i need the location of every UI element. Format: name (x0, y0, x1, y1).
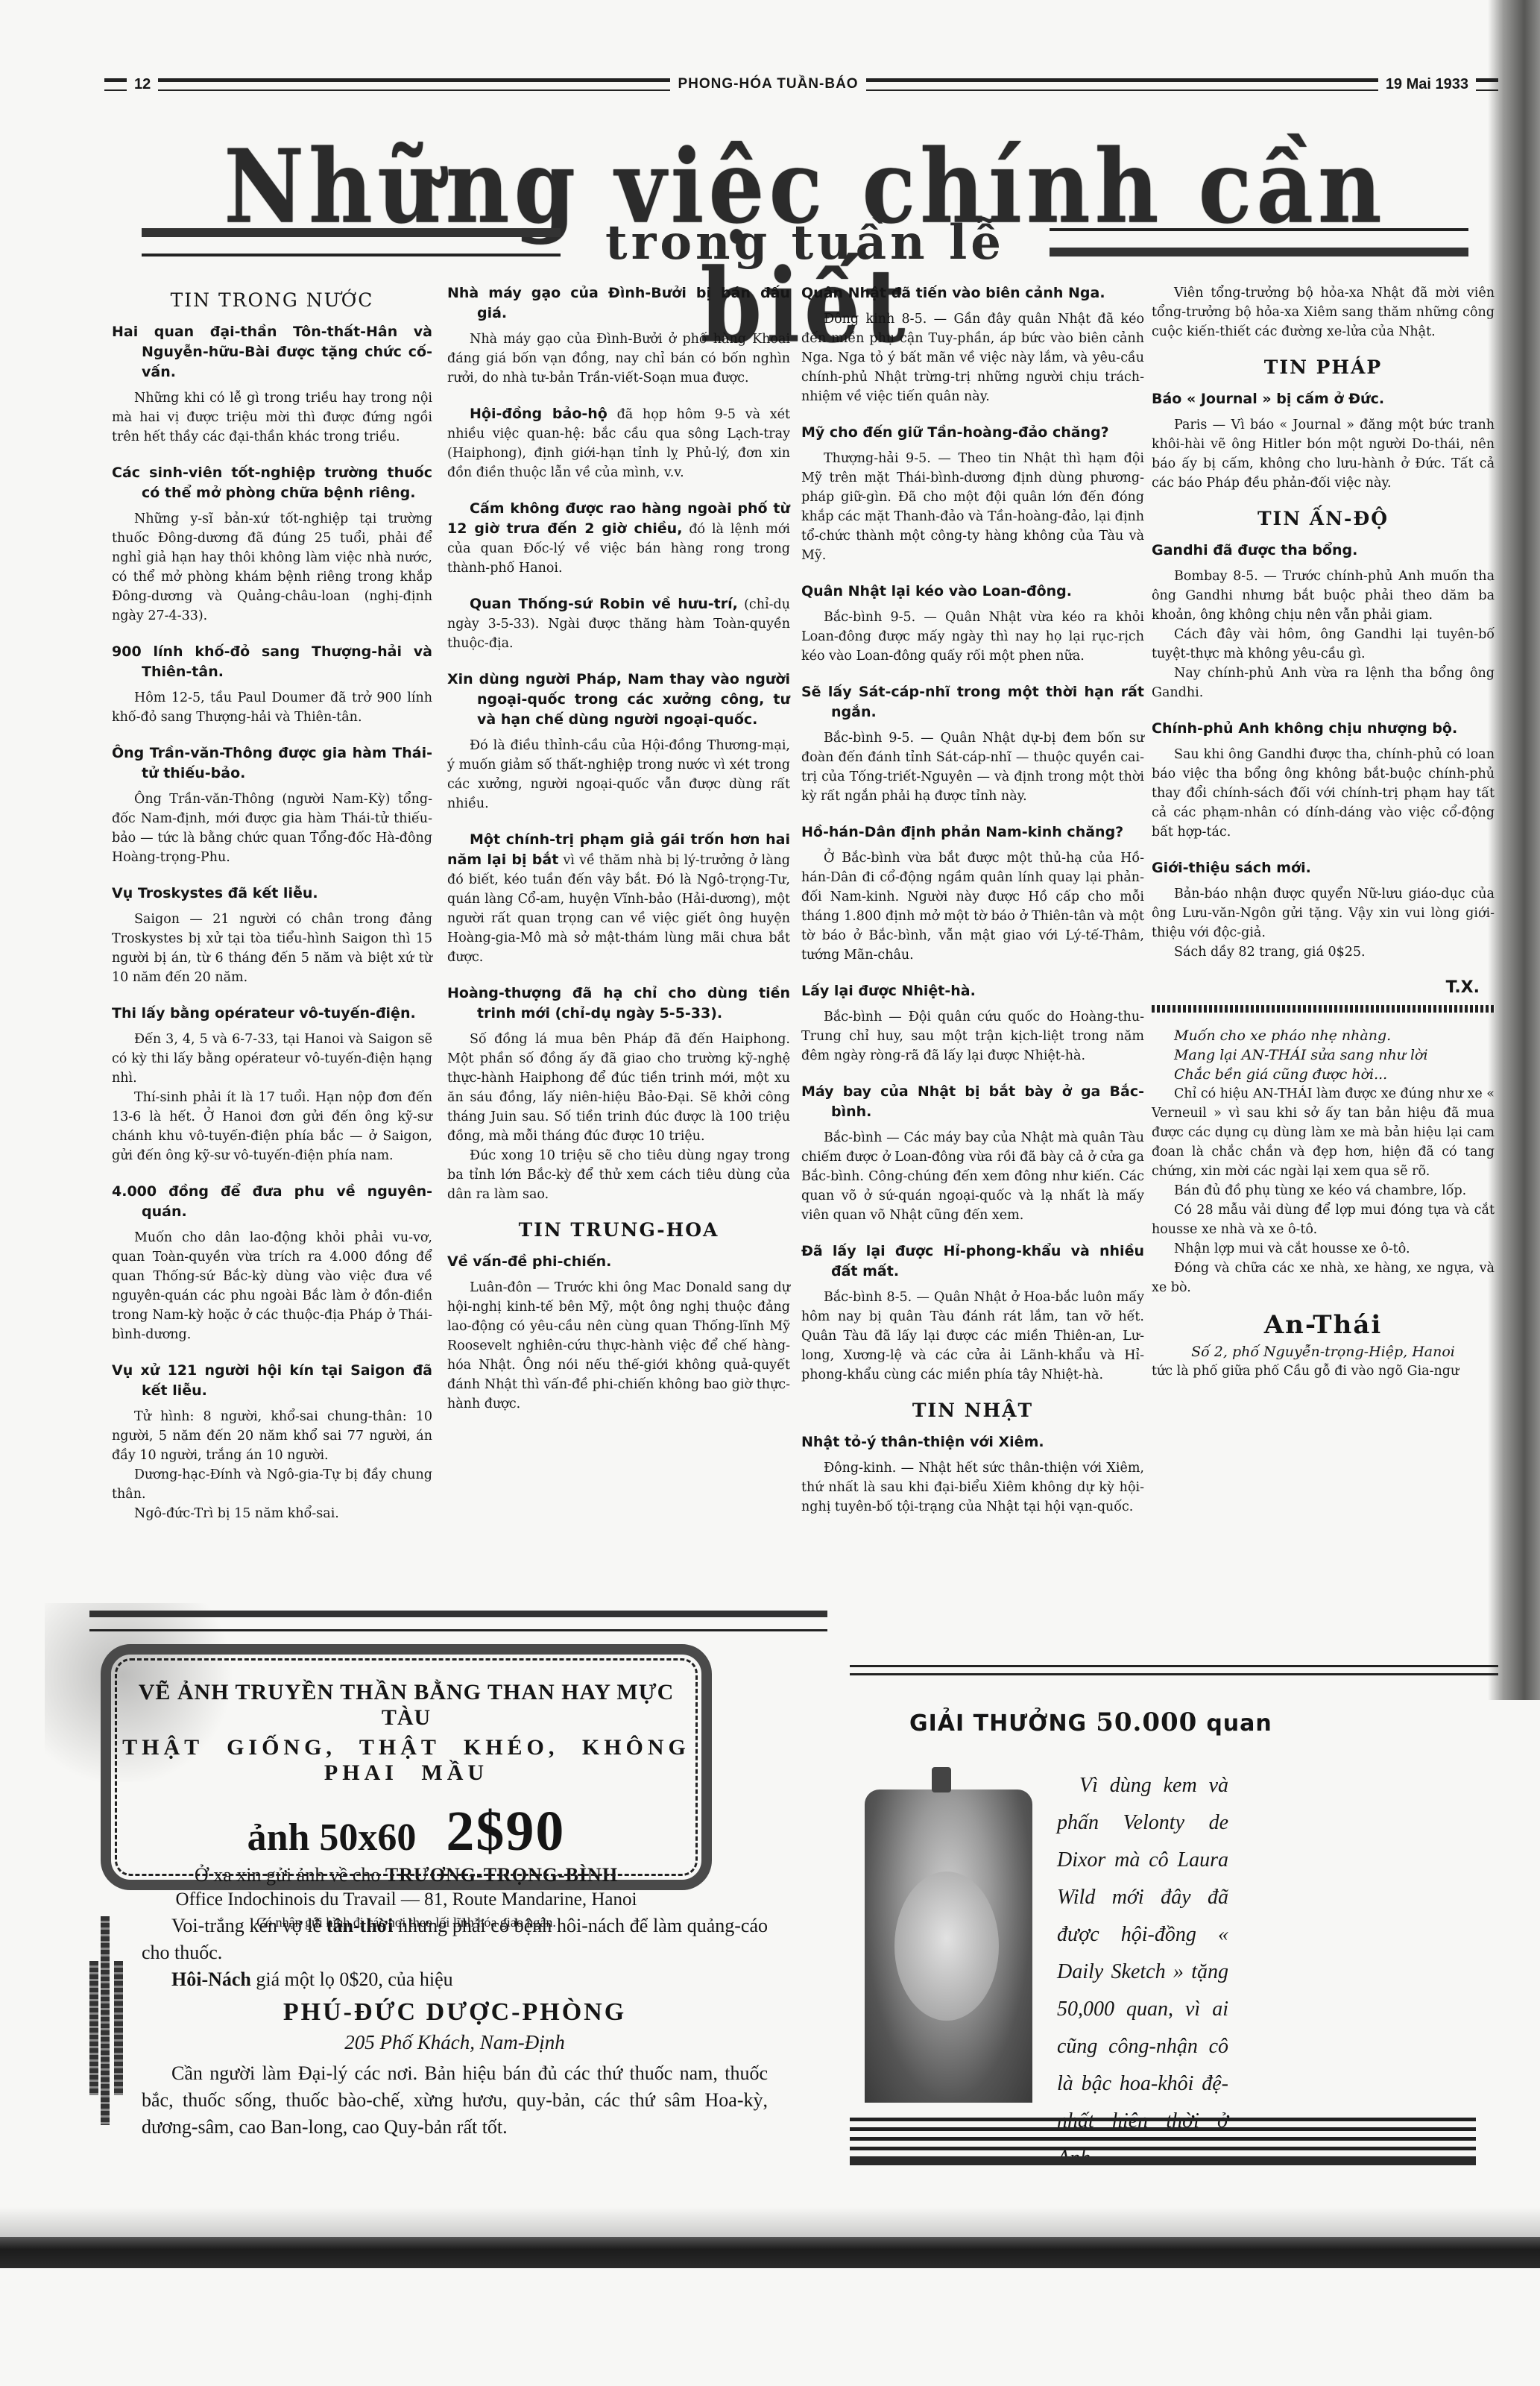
ad-line: Office Indochinois du Travail — 81, Rout… (111, 1889, 701, 1910)
article-headline: Hồ-hán-Dân định phản Nam-kinh chăng? (801, 822, 1144, 843)
article-headline: Vụ Troskystes đã kết liễu. (112, 884, 432, 904)
column-china: Quân Nhật đã tiến vào biên cảnh Nga.Đông… (801, 283, 1144, 1533)
subtitle-row: trong tuần lễ (142, 216, 1468, 268)
article-headline: Giới-thiệu sách mới. (1152, 858, 1495, 878)
article-body: Bắc-bình 9-5. — Quân Nhật vừa kéo ra khỏ… (801, 608, 1144, 666)
rule (866, 78, 1378, 91)
article-headline: Vụ xử 121 người hội kín tại Saigon đã kế… (112, 1361, 432, 1401)
article-body: Bombay 8-5. — Trước chính-phủ Anh muốn t… (1152, 567, 1495, 625)
poem-line: Chắc bền giá cũng được hời... (1174, 1065, 1495, 1084)
ad-title-text: GIẢI THƯỞNG (909, 1710, 1087, 1737)
article: Đã lấy lại được Hỉ-phong-khẩu và nhiều đ… (801, 1241, 1144, 1385)
ad-paragraph: Cần người làm Đại-lý các nơi. Bản hiệu b… (142, 2060, 768, 2141)
article-body: Đúc xong 10 triệu sẽ cho tiêu dùng ngay … (447, 1146, 790, 1204)
ad-text-bold: tân-thời (326, 1915, 394, 1936)
article-headline: Hoàng-thượng đã hạ chỉ cho dùng tiền tri… (447, 983, 790, 1024)
ad-paragraph: Đóng và chữa các xe nhà, xe hàng, xe ngự… (1152, 1259, 1495, 1297)
ad-title-text: quan (1206, 1710, 1272, 1737)
ad-paragraph: Bán đủ đồ phụ tùng xe kéo vá chambre, lố… (1152, 1181, 1495, 1200)
product-name: Hôi-Nách (171, 1968, 251, 1990)
article: Các sinh-viên tốt-nghiệp trường thuốc có… (112, 463, 432, 626)
article: Giới-thiệu sách mới.Bản-báo nhận được qu… (1152, 858, 1495, 962)
section-heading: TIN ẤN-ĐỘ (1152, 509, 1495, 529)
ad-address: Số 2, phố Nguyễn-trọng-Hiệp, Hanoi (1152, 1342, 1495, 1362)
section-divider (89, 1611, 827, 1631)
article-headline: Về vấn-đề phi-chiến. (447, 1252, 790, 1272)
article-continued: Viên tổng-trưởng bộ hỏa-xa Nhật đã mời v… (1152, 283, 1495, 341)
article-body: Thượng-hải 9-5. — Theo tin Nhật thì hạm … (801, 449, 1144, 565)
ad-paragraph: Chỉ có hiệu AN-THÁI làm được xe đúng như… (1152, 1084, 1495, 1181)
article: Gandhi đã được tha bổng.Bombay 8-5. — Tr… (1152, 541, 1495, 702)
ad-body: Vì dùng kem và phấn Velonty de Dixor mà … (1057, 1767, 1228, 2177)
article-headline: Mỹ cho đến giữ Tần-hoàng-đảo chăng? (801, 423, 1144, 443)
rule (1050, 228, 1468, 256)
article-headline: Quân Nhật đã tiến vào biên cảnh Nga. (801, 283, 1144, 303)
ad-address: 205 Phố Khách, Nam-Định (142, 2029, 768, 2056)
article-body: Đông-kinh. — Nhật hết sức thân-thiện với… (801, 1458, 1144, 1517)
ad-paragraph: Nhận lợp mui và cắt housse xe ô-tô. (1152, 1239, 1495, 1259)
rule (1476, 78, 1498, 91)
article: Xin dùng người Pháp, Nam thay vào người … (447, 670, 790, 813)
article-body: Bắc-bình 8-5. — Quân Nhật ở Hoa-bắc luôn… (801, 1288, 1144, 1385)
ad-paragraph: Hôi-Nách giá một lọ 0$20, của hiệu (142, 1966, 768, 1993)
article-body: Bản-báo nhận được quyển Nữ-lưu giáo-dục … (1152, 884, 1495, 942)
article-headline: Sẽ lấy Sát-cáp-nhĩ trong một thời hạn rấ… (801, 682, 1144, 723)
ad-prize-amount: 50.000 (1096, 1707, 1197, 1737)
poem-line: Mang lại AN-THÁI sửa sang như lời (1174, 1045, 1495, 1065)
article-lead: Hội-đồng bảo-hộ (470, 406, 608, 422)
woman-face-image (894, 1872, 999, 2021)
ad-line: Ở xa xin gửi ảnh về cho TRƯƠNG-TRỌNG-BÌN… (111, 1864, 701, 1886)
ad-price: 2$90 (446, 1800, 565, 1863)
page-subtitle: trong tuần lễ (605, 215, 1005, 271)
article-headline: Quân Nhật lại kéo vào Loan-đông. (801, 582, 1144, 602)
article-body: Viên tổng-trưởng bộ hỏa-xa Nhật đã mời v… (1152, 283, 1495, 341)
article: Quân Nhật lại kéo vào Loan-đông.Bắc-bình… (801, 582, 1144, 666)
ad-price-row: ảnh 50x602$90 (111, 1799, 701, 1864)
rule (158, 78, 670, 91)
article: Hai quan đại-thần Tôn-thất-Hân và Nguyễn… (112, 322, 432, 447)
article-body: Ông Trần-văn-Thông (người Nam-Kỳ) tổng-đ… (112, 790, 432, 867)
scan-page-edge (1488, 0, 1540, 1700)
column-domestic: TIN TRONG NƯỚC Hai quan đại-thần Tôn-thấ… (112, 283, 432, 1540)
article-body: Cách đây vài hôm, ông Gandhi lại tuyên-b… (1152, 625, 1495, 664)
ad-line: THẬT GIỐNG, THẬT KHÉO, KHÔNG PHAI MẦU (111, 1735, 701, 1786)
article-body: Ngô-đức-Trì bị 15 năm khổ-sai. (112, 1504, 432, 1523)
ad-text: giá một lọ 0$20, của hiệu (251, 1968, 453, 1990)
article-headline: Lấy lại được Nhiệt-hà. (801, 981, 1144, 1001)
decorative-rules (850, 2118, 1476, 2171)
article-headline: Hai quan đại-thần Tôn-thất-Hân và Nguyễn… (112, 322, 432, 383)
frame-ornament-icon (932, 1767, 951, 1792)
issue-date: 19 Mai 1933 (1386, 76, 1468, 93)
ad-size: ảnh 50x60 (247, 1816, 417, 1859)
page-number: 12 (134, 76, 151, 93)
ad-brand: PHÚ-ĐỨC DƯỢC-PHÒNG (142, 1999, 768, 2026)
article-body: Nhà máy gạo của Đình-Bưởi ở phố hàng Kho… (447, 330, 790, 388)
article: Hoàng-thượng đã hạ chỉ cho dùng tiền tri… (447, 983, 790, 1204)
ad-border (114, 1961, 123, 2095)
publication-name: PHONG-HÓA TUẦN-BÁO (678, 76, 858, 92)
article-body: Bắc-bình — Các máy bay của Nhật mà quân … (801, 1128, 1144, 1225)
ad-portrait-drawing: VẼ ẢNH TRUYỀN THẦN BẰNG THAN HAY MỰC TÀU… (101, 1644, 712, 1890)
article: Thi lấy bằng opérateur vô-tuyến-điện.Đến… (112, 1004, 432, 1165)
article: Vụ Troskystes đã kết liễu.Saigon — 21 ng… (112, 884, 432, 987)
article: Lấy lại được Nhiệt-hà.Bắc-bình — Đội quâ… (801, 981, 1144, 1065)
rule (104, 78, 127, 91)
article: 4.000 đồng để đưa phu về nguyên-quán.Muố… (112, 1182, 432, 1344)
article-body: Đông kinh 8-5. — Gần đây quân Nhật đã ké… (801, 309, 1144, 406)
article: Nhà máy gạo của Đình-Bưởi bị bán đấu giá… (447, 283, 790, 388)
ad-pharmacy: Voi-trắng kén vợ lễ tân-thời nhưng phải … (142, 1913, 768, 2141)
article-body: Những khi có lễ gì trong triều hay trong… (112, 388, 432, 447)
article: Hồ-hán-Dân định phản Nam-kinh chăng?Ở Bắ… (801, 822, 1144, 965)
article-headline: Đã lấy lại được Hỉ-phong-khẩu và nhiều đ… (801, 1241, 1144, 1282)
ad-address-detail: tức là phố giữa phố Cầu gỗ đi vào ngõ Gi… (1152, 1362, 1495, 1381)
ad-text: Ở xa xin gửi ảnh về cho (195, 1864, 380, 1886)
ad-text: Voi-trắng kén vợ lễ (171, 1915, 326, 1936)
article-body: Thí-sinh phải ít là 17 tuổi. Hạn nộp đơn… (112, 1088, 432, 1165)
article: Hội-đồng bảo-hộ đã họp hôm 9-5 và xét nh… (447, 404, 790, 482)
article-body: Muốn cho dân lao-động khỏi phải vu-vơ, q… (112, 1228, 432, 1344)
article: Báo « Journal » bị cấm ở Đức.Paris — Vì … (1152, 389, 1495, 493)
author-signature: T.X. (1152, 978, 1480, 998)
column-domestic-cont: Nhà máy gạo của Đình-Bưởi bị bán đấu giá… (447, 283, 790, 1430)
article-body: Dương-hạc-Đính và Ngô-gia-Tự bị đầy chun… (112, 1465, 432, 1504)
article-headline: Gandhi đã được tha bổng. (1152, 541, 1495, 561)
ad-paragraph: Có 28 mẫu vải dùng để lợp mui đóng tựa v… (1152, 1200, 1495, 1239)
article-body: Nay chính-phủ Anh vừa ra lệnh tha bổng ô… (1152, 664, 1495, 702)
article-lead: Quan Thống-sứ Robin về hưu-trí, (470, 596, 738, 612)
article: Nhật tỏ-ý thân-thiện với Xiêm.Đông-kinh.… (801, 1432, 1144, 1517)
article: Chính-phủ Anh không chịu nhượng bộ.Sau k… (1152, 719, 1495, 842)
article-headline: Thi lấy bằng opérateur vô-tuyến-điện. (112, 1004, 432, 1024)
ad-border (101, 1916, 110, 2125)
ad-line: VẼ ẢNH TRUYỀN THẦN BẰNG THAN HAY MỰC TÀU (111, 1680, 701, 1731)
article-headline: Chính-phủ Anh không chịu nhượng bộ. (1152, 719, 1495, 739)
ad-title: GIẢI THƯỞNG50.000quan (909, 1707, 1272, 1737)
article-headline: Nhà máy gạo của Đình-Bưởi bị bán đấu giá… (447, 283, 790, 324)
article-body: Saigon — 21 người có chân trong đảng Tro… (112, 910, 432, 987)
ad-poem: Muốn cho xe pháo nhẹ nhàng. Mang lại AN-… (1152, 1026, 1495, 1084)
ad-beauty-prize: GIẢI THƯỞNG50.000quan Vì dùng kem và phấ… (865, 1685, 1506, 2103)
article-body: Đến 3, 4, 5 và 6-7-33, tại Hanoi và Saig… (112, 1030, 432, 1088)
article-headline: Báo « Journal » bị cấm ở Đức. (1152, 389, 1495, 409)
rule (142, 228, 561, 256)
article: Quan Thống-sứ Robin về hưu-trí, (chỉ-dụ … (447, 594, 790, 653)
running-head: 12 PHONG-HÓA TUẦN-BÁO 19 Mai 1933 (97, 75, 1506, 94)
article-body: Sách dầy 82 trang, giá 0$25. (1152, 942, 1495, 962)
article: Máy bay của Nhật bị bắt bày ở ga Bắc-bìn… (801, 1082, 1144, 1225)
article: Vụ xử 121 người hội kín tại Saigon đã kế… (112, 1361, 432, 1523)
article: 900 lính khố-đỏ sang Thượng-hải và Thiên… (112, 642, 432, 727)
article-body: Những y-sĩ bản-xứ tốt-nghiệp tại trường … (112, 509, 432, 626)
article-headline: Ông Trần-văn-Thông được gia hàm Thái-tử … (112, 743, 432, 784)
article-body: Bắc-bình 9-5. — Quân Nhật dự-bị đem bốn … (801, 728, 1144, 806)
section-heading: TIN TRONG NƯỚC (112, 291, 432, 310)
section-heading: TIN PHÁP (1152, 358, 1495, 377)
article-headline: Các sinh-viên tốt-nghiệp trường thuốc có… (112, 463, 432, 503)
ad-paragraph: Voi-trắng kén vợ lễ tân-thời nhưng phải … (142, 1913, 768, 1966)
ad-border (89, 1961, 98, 2095)
article-headline: Máy bay của Nhật bị bắt bày ở ga Bắc-bìn… (801, 1082, 1144, 1122)
article: Mỹ cho đến giữ Tần-hoàng-đảo chăng?Thượn… (801, 423, 1144, 565)
article-headline: Nhật tỏ-ý thân-thiện với Xiêm. (801, 1432, 1144, 1452)
ad-contact-name: TRƯƠNG-TRỌNG-BÌNH (385, 1864, 618, 1886)
article: Về vấn-đề phi-chiến.Luân-đôn — Trước khi… (447, 1252, 790, 1414)
portrait-photo (865, 1789, 1032, 2103)
article-body: Ở Bắc-bình vừa bắt được một thủ-hạ của H… (801, 849, 1144, 965)
article-body: vì về thăm nhà bị lý-trưởng ở làng đó bi… (447, 853, 790, 965)
ad-brand: An-Thái (1152, 1315, 1495, 1335)
ad-an-thai: Muốn cho xe pháo nhẹ nhàng. Mang lại AN-… (1152, 1026, 1495, 1381)
article-body: Số đồng lá mua bên Pháp đã đến Haiphong.… (447, 1030, 790, 1146)
article-body: Paris — Vì báo « Journal » đăng một bức … (1152, 415, 1495, 493)
article-headline: Xin dùng người Pháp, Nam thay vào người … (447, 670, 790, 730)
article: Quân Nhật đã tiến vào biên cảnh Nga.Đông… (801, 283, 1144, 406)
section-heading: TIN TRUNG-HOA (447, 1221, 790, 1240)
scan-bottom-edge (0, 2237, 1540, 2268)
dotted-rule (1152, 1005, 1495, 1013)
article-headline: 900 lính khố-đỏ sang Thượng-hải và Thiên… (112, 642, 432, 682)
article: Ông Trần-văn-Thông được gia hàm Thái-tử … (112, 743, 432, 867)
article: Cấm không được rao hàng ngoài phố từ 12 … (447, 499, 790, 578)
article-body: Luân-đôn — Trước khi ông Mac Donald sang… (447, 1278, 790, 1414)
article-body: Sau khi ông Gandhi được tha, chính-phủ c… (1152, 745, 1495, 842)
column-foreign: Viên tổng-trưởng bộ hỏa-xa Nhật đã mời v… (1152, 283, 1495, 1381)
article-body: Bắc-bình — Đội quân cứu quốc do Hoàng-th… (801, 1007, 1144, 1065)
section-heading: TIN NHẬT (801, 1401, 1144, 1420)
article: Một chính-trị phạm giả gái trốn hơn hai … (447, 830, 790, 967)
article: Sẽ lấy Sát-cáp-nhĩ trong một thời hạn rấ… (801, 682, 1144, 806)
poem-line: Muốn cho xe pháo nhẹ nhàng. (1174, 1026, 1495, 1045)
article-body: Hôm 12-5, tầu Paul Doumer đã trở 900 lín… (112, 688, 432, 727)
article-body: Tử hình: 8 người, khổ-sai chung-thân: 10… (112, 1407, 432, 1465)
section-divider (850, 1665, 1498, 1675)
article-body: Đó là điều thỉnh-cầu của Hội-đồng Thương… (447, 736, 790, 813)
article-headline: 4.000 đồng để đưa phu về nguyên-quán. (112, 1182, 432, 1222)
